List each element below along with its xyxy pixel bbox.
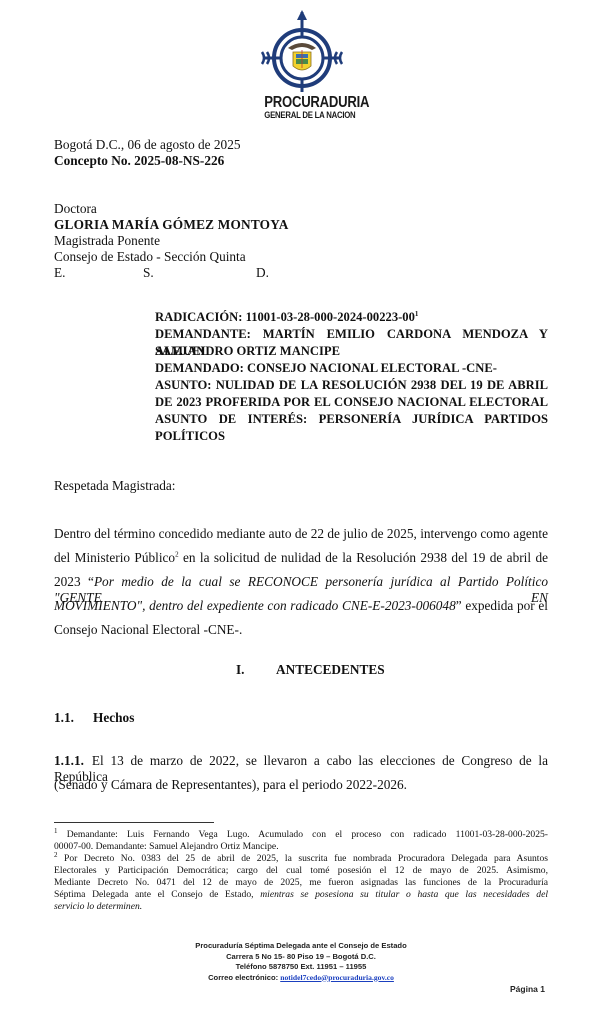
radicacion-text: RADICACIÓN: 11001-03-28-000-2024-00223-0… [155, 310, 415, 324]
footer-email-line: Correo electrónico: notidel7cedo@procura… [120, 973, 482, 984]
footnote-2-number: 2 [54, 851, 58, 859]
p1-l4-text: ” expedida por el [456, 598, 548, 613]
p1-text-a: del Ministerio Público [54, 550, 175, 565]
page-number: Página 1 [510, 984, 545, 994]
greeting: Respetada Magistrada: [54, 478, 175, 494]
procuraduria-emblem-icon [256, 10, 348, 94]
item-line-2: (Senado y Cámara de Representantes), par… [54, 777, 548, 793]
footnote-ref-1[interactable]: 1 [415, 310, 419, 318]
section-title: ANTECEDENTES [276, 662, 385, 678]
footnote-2-line-1: 2 Por Decreto No. 0383 del 25 de abril d… [54, 853, 548, 865]
p1-text-b: en la solicitud de nulidad de la Resoluc… [179, 550, 548, 565]
footer-email-link[interactable]: notidel7cedo@procuraduria.gov.co [280, 973, 394, 982]
recipient-role: Magistrada Ponente [54, 233, 160, 249]
esd-e: E. [54, 265, 65, 281]
asunto-interes-line-2: POLÍTICOS [155, 428, 548, 445]
page-footer: Procuraduría Séptima Delegada ante el Co… [120, 941, 482, 983]
footer-phone: Teléfono 5878750 Ext. 11951 – 11955 [120, 962, 482, 973]
footer-office: Procuraduría Séptima Delegada ante el Co… [120, 941, 482, 952]
demandante-line-2: ALEJANDRO ORTIZ MANCIPE [155, 343, 548, 360]
paragraph-1-line-4: MOVIMIENTO", dentro del expediente con r… [54, 598, 548, 614]
logo-subtitle: GENERAL DE LA NACION [264, 110, 339, 121]
section-number: I. [236, 662, 245, 678]
footnote-1-line-2: 00007-00. Demandante: Samuel Alejandro O… [54, 841, 548, 853]
radicacion: RADICACIÓN: 11001-03-28-000-2024-00223-0… [155, 309, 548, 326]
esd-d: D. [256, 265, 269, 281]
footnote-1-number: 1 [54, 827, 58, 835]
footnote-1-text: Demandante: Luis Fernando Vega Lugo. Acu… [67, 829, 548, 840]
footnote-2-line-4: Séptima Delegada ante el Consejo de Esta… [54, 889, 548, 901]
footnote-2-l5-italic: servicio lo determinen. [54, 901, 142, 912]
asunto-line-1: ASUNTO: NULIDAD DE LA RESOLUCIÓN 2938 DE… [155, 377, 548, 394]
recipient-org: Consejo de Estado - Sección Quinta [54, 249, 246, 265]
footnote-2-l4-italic: mientras se posesiona su titular o hasta… [260, 889, 548, 900]
footer-address: Carrera 5 No 15- 80 Piso 19 – Bogotá D.C… [120, 952, 482, 963]
esd-s: S. [143, 265, 154, 281]
subsection-title: Hechos [93, 710, 134, 726]
footer-email-label: Correo electrónico: [208, 973, 280, 982]
footnote-2-line-2: Electorales y Participación Democrática;… [54, 865, 548, 877]
footnote-2-line-3: Mediante Decreto No. 0471 del 12 de mayo… [54, 877, 548, 889]
recipient-name: GLORIA MARÍA GÓMEZ MONTOYA [54, 217, 289, 233]
footnote-1-line-1: 1 Demandante: Luis Fernando Vega Lugo. A… [54, 829, 548, 841]
item-number: 1.1.1. [54, 753, 84, 768]
concept-number: Concepto No. 2025-08-NS-226 [54, 153, 224, 169]
letter-date: Bogotá D.C., 06 de agosto de 2025 [54, 137, 241, 153]
asunto-interes-line-1: ASUNTO DE INTERÉS: PERSONERÍA JURÍDICA P… [155, 411, 548, 428]
paragraph-1-line-2: del Ministerio Público2 en la solicitud … [54, 550, 548, 566]
salutation-title: Doctora [54, 201, 97, 217]
footnote-2-line-5: servicio lo determinen. [54, 901, 548, 913]
paragraph-1-line-5: Consejo Nacional Electoral -CNE-. [54, 622, 548, 638]
footnote-2-l4-text: Séptima Delegada ante el Consejo de Esta… [54, 889, 260, 900]
subsection-number: 1.1. [54, 710, 74, 726]
footnote-2-text: Por Decreto No. 0383 del 25 de abril de … [64, 853, 548, 864]
paragraph-1-line-1: Dentro del término concedido mediante au… [54, 526, 548, 542]
footnote-separator [54, 822, 214, 823]
p1-l3-text: 2023 “ [54, 574, 94, 589]
procuraduria-logo: PROCURADURIA GENERAL DE LA NACION [256, 10, 348, 118]
asunto-line-2: DE 2023 PROFERIDA POR EL CONSEJO NACIONA… [155, 394, 548, 411]
demandado: DEMANDADO: CONSEJO NACIONAL ELECTORAL -C… [155, 360, 548, 377]
p1-l4-quote: MOVIMIENTO", dentro del expediente con r… [54, 598, 456, 613]
